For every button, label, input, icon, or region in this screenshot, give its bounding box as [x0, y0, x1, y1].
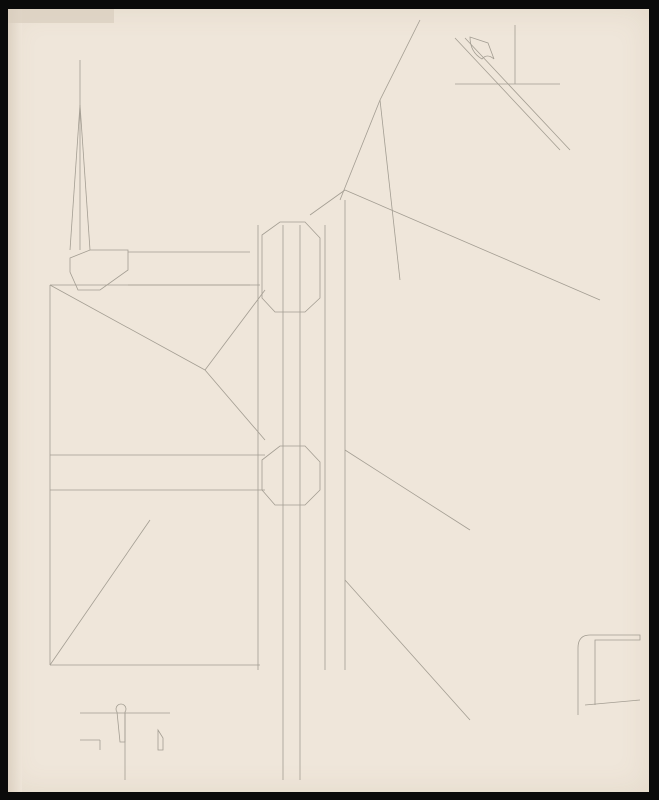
plan-outline-left [50, 60, 265, 665]
pencil-drawing [0, 0, 659, 800]
cornice-section-bottom-right [578, 635, 640, 715]
cornice-profile-top-right [455, 25, 570, 150]
molding-profile-bottom-left [80, 704, 170, 780]
central-vertical-wall [258, 200, 345, 780]
diagonal-roof-lines [310, 20, 600, 720]
